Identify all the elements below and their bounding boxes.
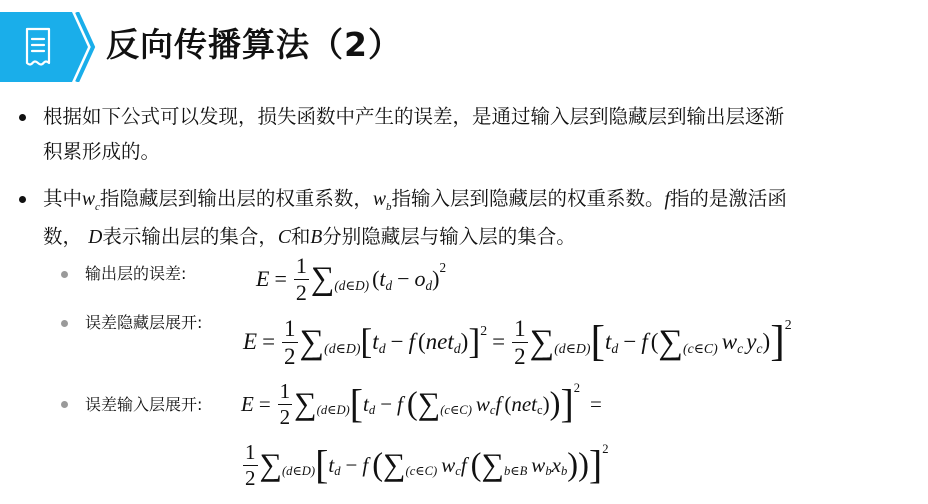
formula-input-expansion-line-1: E= 12 ∑(d∈D) [td −f (∑(c∈C) wc f(netc) )…: [241, 374, 607, 434]
formula-output-error: E= 12 ∑(d∈D) (td −od )2: [256, 250, 446, 308]
bullet-2-line-2: 数， D表示输出层的集合，C和B分别隐藏层与输入层的集合。: [43, 222, 576, 253]
sub-item-2-label: 误差隐藏层展开:: [85, 311, 202, 335]
sub-bullet-dot: [61, 271, 68, 278]
bullet-1-line-1: 根据如下公式可以发现，损失函数中产生的误差，是通过输入层到隐藏层到输出层逐渐: [43, 102, 784, 132]
page-title: 反向传播算法（2）: [106, 18, 402, 72]
formula-input-expansion-line-2: 12 ∑(d∈D) [td −f (∑(c∈C) wc f( ∑b∈B wb x…: [241, 434, 609, 496]
sub-bullet-dot: [61, 320, 68, 327]
sub-bullet-dot: [61, 401, 68, 408]
var-D: D: [88, 227, 102, 248]
bullet-dot: [19, 114, 26, 121]
var-C: C: [278, 227, 291, 248]
sub-item-1-label: 输出层的误差:: [85, 262, 186, 286]
bullet-2-line-1: 其中wc指隐藏层到输出层的权重系数，wb指输入层到隐藏层的权重系数。f指的是激活…: [43, 184, 787, 222]
var-wc: wc: [82, 189, 100, 210]
var-B: B: [310, 227, 322, 248]
var-wb: wb: [373, 189, 392, 210]
header-badge: [0, 12, 100, 82]
sub-item-3-label: 误差输入层展开:: [85, 393, 202, 417]
bullet-dot: [19, 196, 26, 203]
bullet-1-line-2: 积累形成的。: [43, 137, 160, 167]
formula-hidden-expansion: E= 12 ∑(d∈D) [td −f (netd) ]2 = 12 ∑(d∈D…: [243, 310, 792, 374]
